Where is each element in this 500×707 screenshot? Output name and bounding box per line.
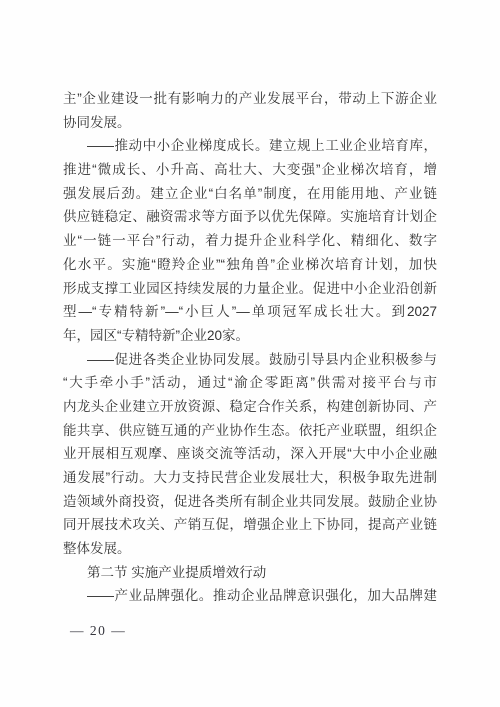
document-page: 主”企业建设一批有影响力的产业发展平台，带动上下游企业协同发展。——推动中小企业… — [0, 0, 500, 707]
text-line: “大手牵小手”活动，通过“渝企零距离”供需对接平台与市 — [63, 371, 437, 395]
text-line: 供应链稳定、融资需求等方面予以优先保障。实施培育计划企 — [63, 205, 437, 229]
page-text-block: 主”企业建设一批有影响力的产业发展平台，带动上下游企业协同发展。——推动中小企业… — [63, 87, 437, 608]
text-line: 型—“专精特新”—“小巨人”—单项冠军成长壮大。到2027 — [63, 300, 437, 324]
text-line: 推进“微成长、小升高、高壮大、大变强”企业梯次培育，增 — [63, 158, 437, 182]
text-line: 形成支撑工业园区持续发展的力量企业。促进中小企业沿创新 — [63, 277, 437, 301]
text-line: 主”企业建设一批有影响力的产业发展平台，带动上下游企业 — [63, 87, 437, 111]
text-line: 通发展”行动。大力支持民营企业发展壮大，积极争取先进制 — [63, 466, 437, 490]
text-line: ——促进各类企业协同发展。鼓励引导县内企业积极参与 — [63, 348, 437, 372]
text-line: 同开展技术攻关、产销互促，增强企业上下协同，提高产业链 — [63, 513, 437, 537]
page-number: — 20 — — [70, 621, 126, 641]
text-line: 能共享、供应链互通的产业协作生态。依托产业联盟，组织企 — [63, 419, 437, 443]
text-line: 内龙头企业建立开放资源、稳定合作关系，构建创新协同、产 — [63, 395, 437, 419]
text-line: 强发展后劲。建立企业“白名单”制度，在用能用地、产业链 — [63, 182, 437, 206]
section-heading: 第二节 实施产业提质增效行动 — [63, 561, 437, 585]
text-line: 造领域外商投资，促进各类所有制企业共同发展。鼓励企业协 — [63, 490, 437, 514]
text-line: ——推动中小企业梯度成长。建立规上工业企业培育库， — [63, 134, 437, 158]
text-line: 协同发展。 — [63, 111, 437, 135]
text-line: 年，园区“专精特新”企业20家。 — [63, 324, 437, 348]
text-line: 业开展相互观摩、座谈交流等活动，深入开展“大中小企业融 — [63, 442, 437, 466]
text-line: ——产业品牌强化。推动企业品牌意识强化，加大品牌建 — [63, 584, 437, 608]
text-line: 业“一链一平台”行动，着力提升企业科学化、精细化、数字 — [63, 229, 437, 253]
text-line: 整体发展。 — [63, 537, 437, 561]
text-line: 化水平。实施“瞪羚企业”“独角兽”企业梯次培育计划，加快 — [63, 253, 437, 277]
